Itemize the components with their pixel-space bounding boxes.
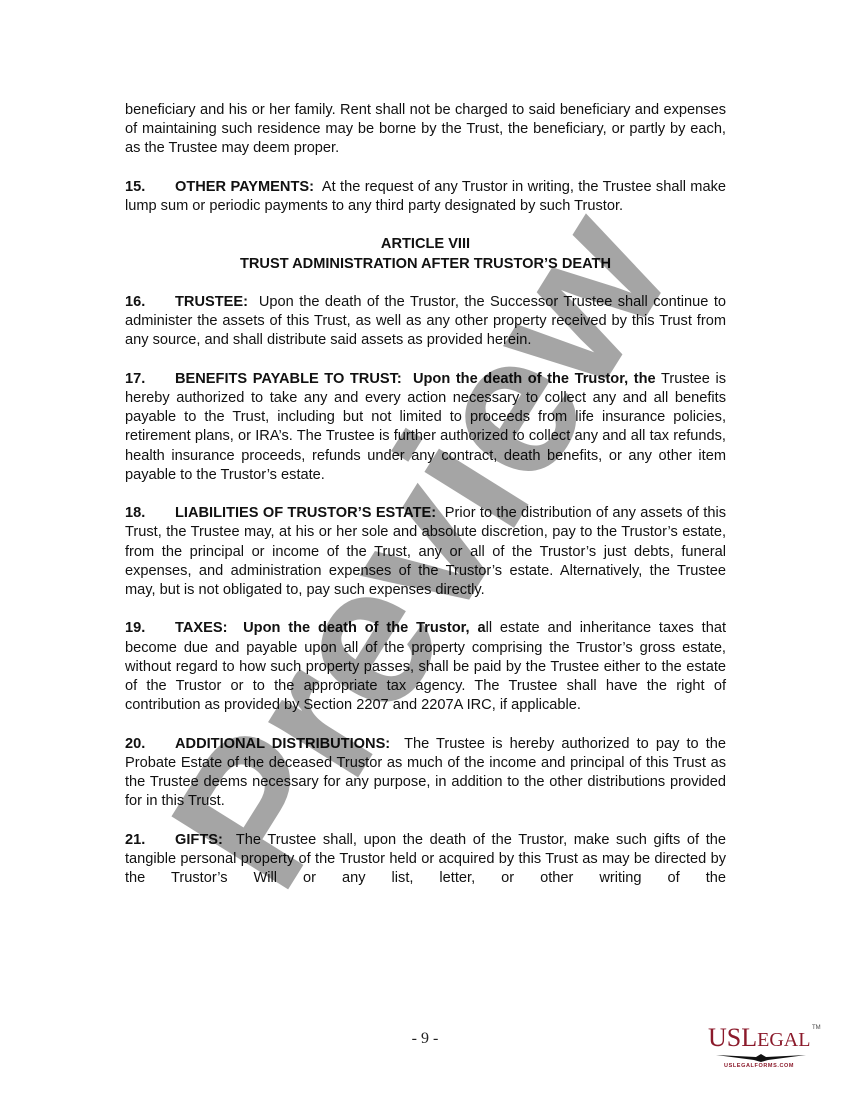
section-text: Trustee is hereby authorized to take any… xyxy=(125,371,726,483)
section-number: 19. xyxy=(125,619,175,638)
section-20: 20.ADDITIONAL DISTRIBUTIONS: The Trustee… xyxy=(125,735,726,812)
section-15: 15.OTHER PAYMENTS: At the request of any… xyxy=(125,178,726,216)
intro-paragraph: beneficiary and his or her family. Rent … xyxy=(125,101,726,159)
section-19: 19.TAXES: Upon the death of the Trustor,… xyxy=(125,619,726,715)
section-heading: LIABILITIES OF TRUSTOR’S ESTATE: xyxy=(175,505,436,521)
section-16: 16.TRUSTEE: Upon the death of the Trusto… xyxy=(125,293,726,351)
section-bold-lead: Upon the death of the Trustor, a xyxy=(243,620,485,636)
section-heading: ADDITIONAL DISTRIBUTIONS: xyxy=(175,736,390,752)
section-heading: BENEFITS PAYABLE TO TRUST: xyxy=(175,371,402,387)
section-bold-lead: Upon the death of the Trustor, the xyxy=(413,371,656,387)
section-number: 17. xyxy=(125,370,175,389)
section-17: 17.BENEFITS PAYABLE TO TRUST: Upon the d… xyxy=(125,370,726,485)
section-heading: GIFTS: xyxy=(175,832,223,848)
logo-wordmark: USLEGAL xyxy=(708,1025,810,1053)
section-21: 21.GIFTS: The Trustee shall, upon the de… xyxy=(125,831,726,889)
trademark-mark: TM xyxy=(812,1025,821,1031)
article-label: ARTICLE VIII xyxy=(125,235,726,254)
section-18: 18.LIABILITIES OF TRUSTOR’S ESTATE: Prio… xyxy=(125,504,726,600)
document-body: beneficiary and his or her family. Rent … xyxy=(125,101,726,907)
section-number: 21. xyxy=(125,831,175,850)
section-number: 20. xyxy=(125,735,175,754)
eagle-wings-icon xyxy=(716,1054,806,1062)
uslegal-logo[interactable]: USLEGAL TM USLEGALFORMS.COM xyxy=(702,1023,822,1071)
article-title: TRUST ADMINISTRATION AFTER TRUSTOR’S DEA… xyxy=(125,255,726,274)
section-heading: TAXES: xyxy=(175,620,227,636)
section-heading: TRUSTEE: xyxy=(175,294,248,310)
logo-url: USLEGALFORMS.COM xyxy=(724,1063,794,1069)
section-heading: OTHER PAYMENTS: xyxy=(175,179,314,195)
section-number: 15. xyxy=(125,178,175,197)
section-number: 16. xyxy=(125,293,175,312)
article-heading: ARTICLE VIII TRUST ADMINISTRATION AFTER … xyxy=(125,235,726,273)
section-number: 18. xyxy=(125,504,175,523)
document-page: beneficiary and his or her family. Rent … xyxy=(0,0,850,1100)
